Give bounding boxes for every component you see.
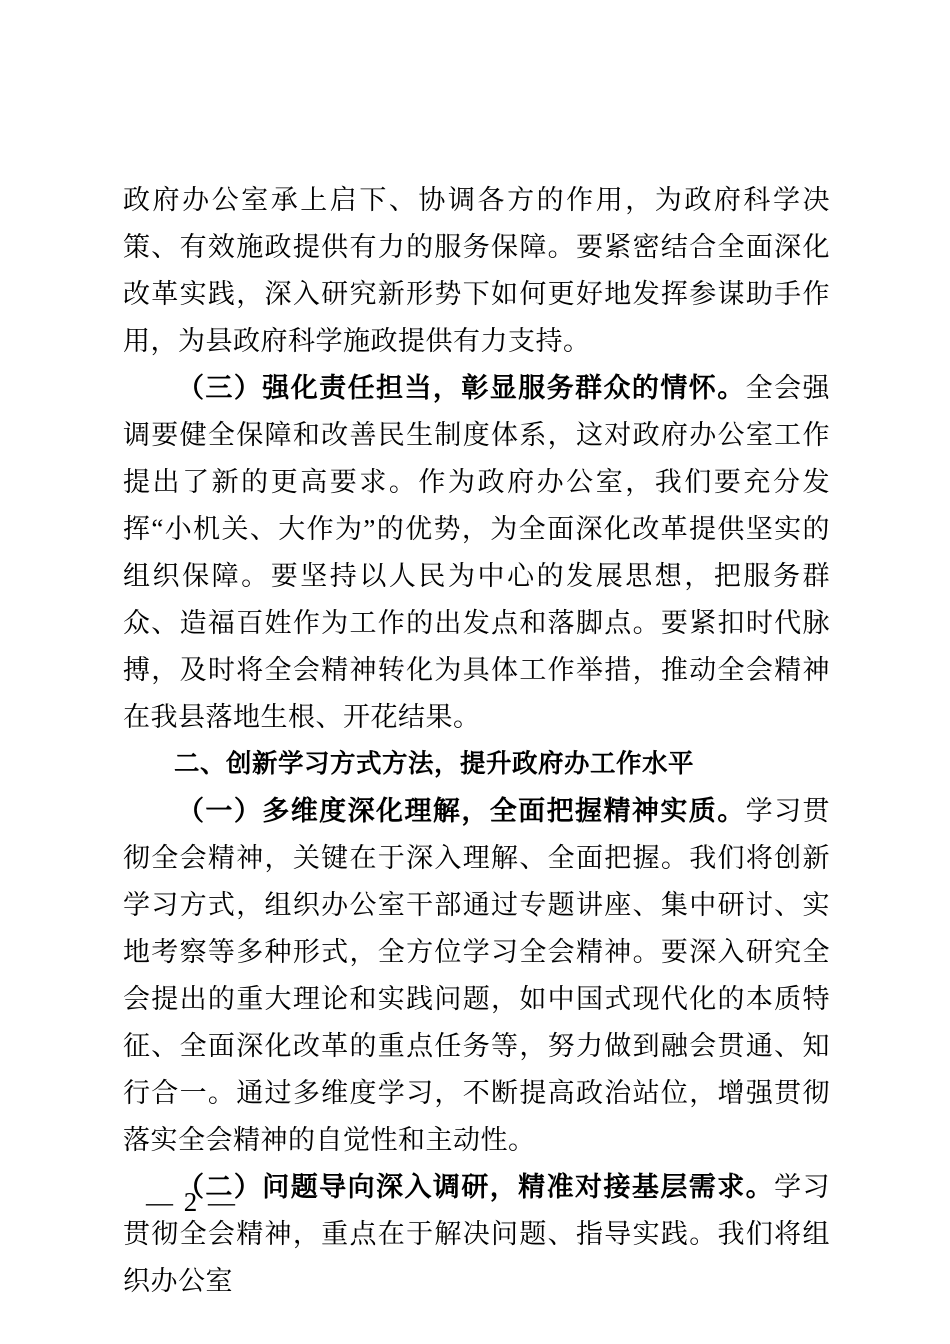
text-segment: （二）问题导向深入调研，精准对接基层需求。 [177, 1172, 774, 1202]
text-segment: （一）多维度深化理解，全面把握精神实质。 [177, 796, 746, 826]
paragraph: （三）强化责任担当，彰显服务群众的情怀。全会强调要健全保障和改善民生制度体系，这… [123, 365, 830, 741]
text-segment: 学习贯彻全会精神，关键在于深入理解、全面把握。我们将创新学习方式，组织办公室干部… [123, 796, 830, 1155]
document-page: 政府办公室承上启下、协调各方的作用，为政府科学决策、有效施政提供有力的服务保障。… [0, 0, 950, 1344]
document-body: 政府办公室承上启下、协调各方的作用，为政府科学决策、有效施政提供有力的服务保障。… [123, 177, 830, 1305]
paragraph: （一）多维度深化理解，全面把握精神实质。学习贯彻全会精神，关键在于深入理解、全面… [123, 788, 830, 1164]
text-segment: 政府办公室承上启下、协调各方的作用，为政府科学决策、有效施政提供有力的服务保障。… [123, 185, 830, 356]
text-segment: 二、创新学习方式方法，提升政府办工作水平 [174, 750, 694, 778]
text-segment: 全会强调要健全保障和改善民生制度体系，这对政府办公室工作提出了新的更高要求。作为… [123, 373, 830, 732]
page-number: — 2 — [146, 1183, 237, 1221]
text-segment: （三）强化责任担当，彰显服务群众的情怀。 [177, 373, 746, 403]
section-heading: 二、创新学习方式方法，提升政府办工作水平 [123, 741, 830, 788]
paragraph: 政府办公室承上启下、协调各方的作用，为政府科学决策、有效施政提供有力的服务保障。… [123, 177, 830, 365]
